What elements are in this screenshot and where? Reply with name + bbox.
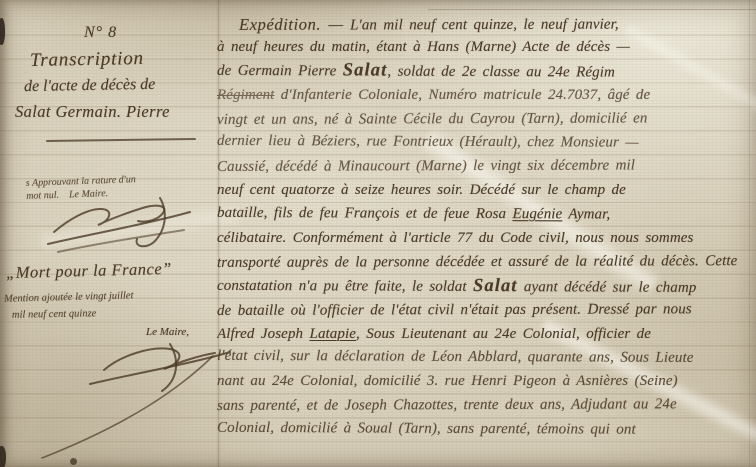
manuscript-text-segment: , soldat de 2e classe au 24e Régim [387,63,615,80]
manuscript-text-segment: neuf cent quatorze à seize heures soir. … [217,182,626,198]
manuscript-text-segment: de bataille où l'officier de l'état civi… [217,301,692,319]
manuscript-text-segment: bataille, fils de feu François et de feu… [217,205,513,222]
act-number: N° 8 [84,24,117,42]
scanned-death-act-register-page: N° 8 Transcription de l'acte de décès de… [0,0,756,467]
manuscript-line-2: à neuf heures du matin, étant à Hans (Ma… [217,36,756,60]
manuscript-line-8: neuf cent quatorze à seize heures soir. … [217,179,756,203]
mayor-signature [8,338,234,464]
manuscript-text-segment: Latapie [310,326,357,342]
mort-pour-la-france-mention: „Mort pour la France” [6,259,172,283]
manuscript-text-segment: sans parenté, et de Joseph Chazottes, tr… [217,397,677,415]
manuscript-text-segment: , Sous Lieutenant au 24e Colonial, offic… [356,326,651,342]
margin-column: N° 8 Transcription de l'acte de décès de… [0,0,217,467]
manuscript-line-9: bataille, fils de feu François et de feu… [217,202,756,228]
manuscript-line-10: célibataire. Conformément à l'article 77… [217,227,756,251]
manuscript-text-segment: l'état civil, sur la déclaration de Léon… [217,348,694,366]
manuscript-line-6: dernier lieu à Béziers, rue Fontrieux (H… [217,130,756,156]
manuscript-text-segment: dernier lieu à Béziers, rue Fontrieux (H… [217,133,639,151]
manuscript-text-segment: constatation n'a pu être faite, le solda… [217,278,473,295]
manuscript-text-segment: Salat [473,276,518,296]
manuscript-line-1: Expédition. — L'an mil neuf cent quinze,… [217,12,756,37]
manuscript-line-17: sans parenté, et de Joseph Chazottes, tr… [217,393,756,419]
mention-date-line: Mention ajoutée le vingt juillet [4,290,134,304]
manuscript-text-segment: ayant décédé sur le champ [518,279,697,296]
manuscript-text-segment: Eugénie [512,206,562,222]
manuscript-line-12: constatation n'a pu être faite, le solda… [217,274,756,300]
manuscript-line-15: l'état civil, sur la déclaration de Léon… [217,345,756,371]
manuscript-line-14: Alfred Joseph Latapie, Sous Lieutenant a… [217,323,756,347]
margin-title-line: Transcription [30,48,144,72]
manuscript-line-13: de bataille où l'officier de l'état civi… [217,298,756,324]
deceased-name: Salat Germain. Pierre [15,102,170,122]
manuscript-line-4: Régiment d'Infanterie Coloniale, Numéro … [217,84,756,108]
manuscript-text-segment: à neuf heures du matin, étant à Hans (Ma… [217,39,630,55]
manuscript-line-5: vingt et un ans, né à Sainte Cécile du C… [217,107,756,133]
manuscript-line-3: de Germain Pierre Salat, soldat de 2e cl… [217,59,756,85]
manuscript-text-segment: célibataire. Conformément à l'article 77… [217,230,693,246]
manuscript-text-segment: Régiment [217,87,274,103]
mention-date-line: mil neuf cent quinze [12,308,96,320]
manuscript-text-segment: Caussié, décédé à Minaucourt (Marne) le … [217,158,635,175]
manuscript-line-16: nant au 24e Colonial, domicilié 3. rue H… [217,370,756,394]
mayor-signature [44,192,196,258]
manuscript-line-18: Colonial, domicilié à Soual (Tarn), sans… [217,417,756,443]
manuscript-body: Expédition. — L'an mil neuf cent quinze,… [217,12,756,462]
manuscript-text-segment: Alfred Joseph [217,326,310,342]
manuscript-text-segment: Colonial, domicilié à Soual (Tarn), sans… [217,420,636,438]
manuscript-text-segment: d'Infanterie Coloniale, Numéro matricule… [274,87,650,103]
manuscript-text-segment: nant au 24e Colonial, domicilié 3. rue H… [217,373,678,389]
manuscript-text-segment: Salat [343,60,388,80]
margin-title-line: de l'acte de décès de [24,76,156,96]
manuscript-text-segment: Aymar, [562,206,610,222]
manuscript-text-segment: L'an mil neuf cent quinze, le neuf janvi… [344,17,619,34]
manuscript-text-segment: Expédition. — [239,14,344,33]
manuscript-line-11: transporté auprès de la personne décédée… [217,250,756,276]
margin-underline-rule [46,138,196,142]
manuscript-text-segment: de Germain Pierre [217,63,343,80]
manuscript-text-segment: vingt et un ans, né à Sainte Cécile du C… [217,110,647,128]
mayor-signoff: Le Maire, [146,326,189,338]
top-rule-line [428,9,756,10]
manuscript-text-segment: transporté auprès de la personne décédée… [217,253,737,271]
manuscript-line-7: Caussié, décédé à Minaucourt (Marne) le … [217,154,756,180]
